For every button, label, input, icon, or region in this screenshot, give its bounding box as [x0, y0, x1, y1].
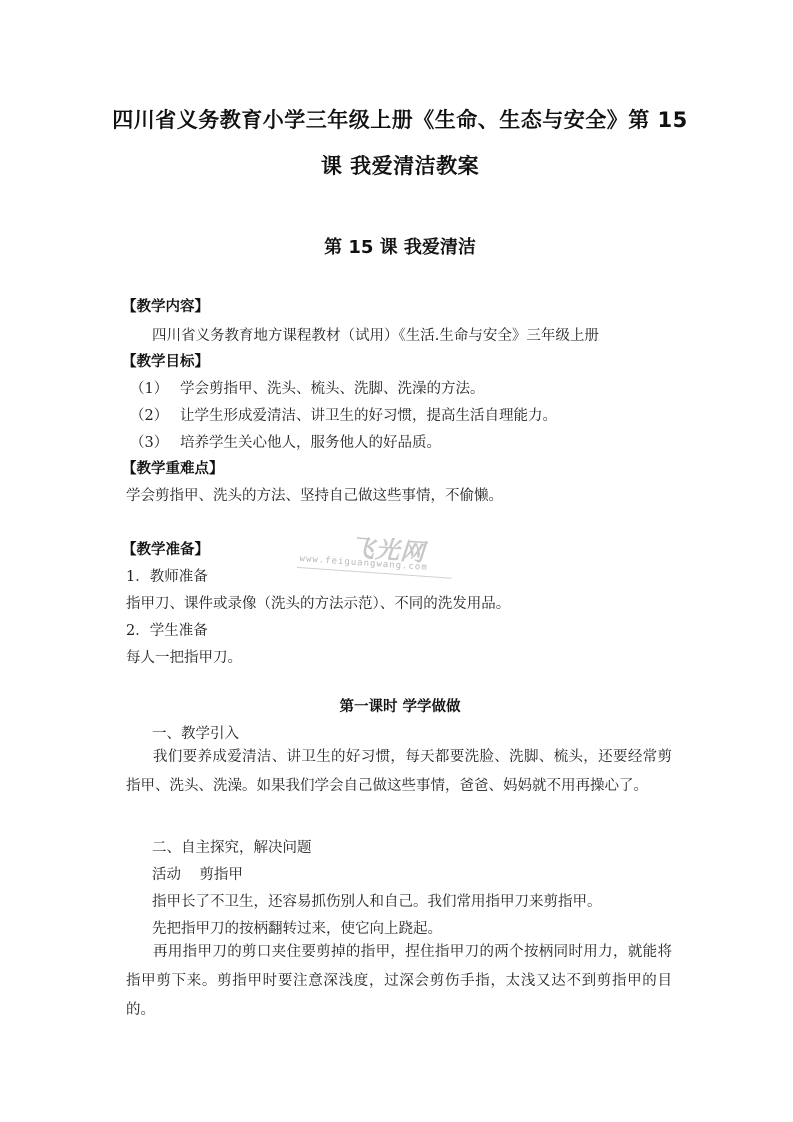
goal-number: （2）: [130, 404, 180, 425]
intro-paragraph: 我们要养成爱清洁、讲卫生的好习惯，每天都要洗脸、洗脚、梳头，还要经常剪指甲、洗头…: [126, 743, 672, 801]
goal-item: （1）学会剪指甲、洗头、梳头、洗脚、洗澡的方法。: [130, 377, 485, 398]
goal-text: 学会剪指甲、洗头、梳头、洗脚、洗澡的方法。: [180, 381, 485, 397]
lesson-title: 第 15 课 我爱清洁: [100, 233, 700, 259]
teacher-prep-label: 1．教师准备: [126, 565, 208, 586]
goal-text: 让学生形成爱清洁、讲卫生的好习惯，提高生活自理能力。: [180, 408, 557, 424]
teaching-goals-heading: 【教学目标】: [122, 350, 209, 371]
preparation-heading: 【教学准备】: [122, 538, 209, 559]
student-prep-text: 每人一把指甲刀。: [126, 646, 242, 667]
watermark-logo: 飞光网: [349, 528, 426, 568]
goal-text: 培养学生关心他人，服务他人的好品质。: [180, 435, 441, 451]
goal-number: （1）: [130, 377, 180, 398]
activity-line: 指甲长了不卫生，还容易抓伤别人和自己。我们常用指甲刀来剪指甲。: [152, 890, 602, 911]
document-title-line-2: 课 我爱清洁教案: [100, 150, 700, 180]
goal-item: （2）让学生形成爱清洁、讲卫生的好习惯，提高生活自理能力。: [130, 404, 557, 425]
goal-item: （3）培养学生关心他人，服务他人的好品质。: [130, 431, 441, 452]
document-page: 四川省义务教育小学三年级上册《生命、生态与安全》第 15 课 我爱清洁教案 第 …: [0, 0, 793, 1122]
teaching-content-text: 四川省义务教育地方课程教材（试用）《生活.生命与安全》三年级上册: [152, 324, 599, 345]
key-points-heading: 【教学重难点】: [122, 457, 224, 478]
teaching-content-heading: 【教学内容】: [122, 295, 209, 316]
key-points-text: 学会剪指甲、洗头的方法、坚持自己做这些事情，不偷懒。: [126, 484, 503, 505]
activity-label: 活动 剪指甲: [152, 863, 243, 884]
goal-number: （3）: [130, 431, 180, 452]
document-title-line-1: 四川省义务教育小学三年级上册《生命、生态与安全》第 15: [100, 104, 700, 134]
watermark-underline: [297, 567, 452, 579]
watermark: 飞光网 www.feiguangwang.com: [296, 524, 470, 596]
activity-line: 先把指甲刀的按柄翻转过来，使它向上跷起。: [152, 917, 442, 938]
intro-heading: 一、教学引入: [152, 722, 239, 743]
student-prep-label: 2．学生准备: [126, 619, 208, 640]
watermark-url: www.feiguangwang.com: [299, 554, 428, 573]
teacher-prep-text: 指甲刀、课件或录像（洗头的方法示范）、不同的洗发用品。: [126, 592, 510, 613]
activity-paragraph: 再用指甲刀的剪口夹住要剪掉的指甲，捏住指甲刀的两个按柄同时用力，就能将指甲剪下来…: [126, 938, 672, 1025]
explore-heading: 二、自主探究，解决问题: [152, 836, 312, 857]
session-1-title: 第一课时 学学做做: [100, 695, 700, 716]
